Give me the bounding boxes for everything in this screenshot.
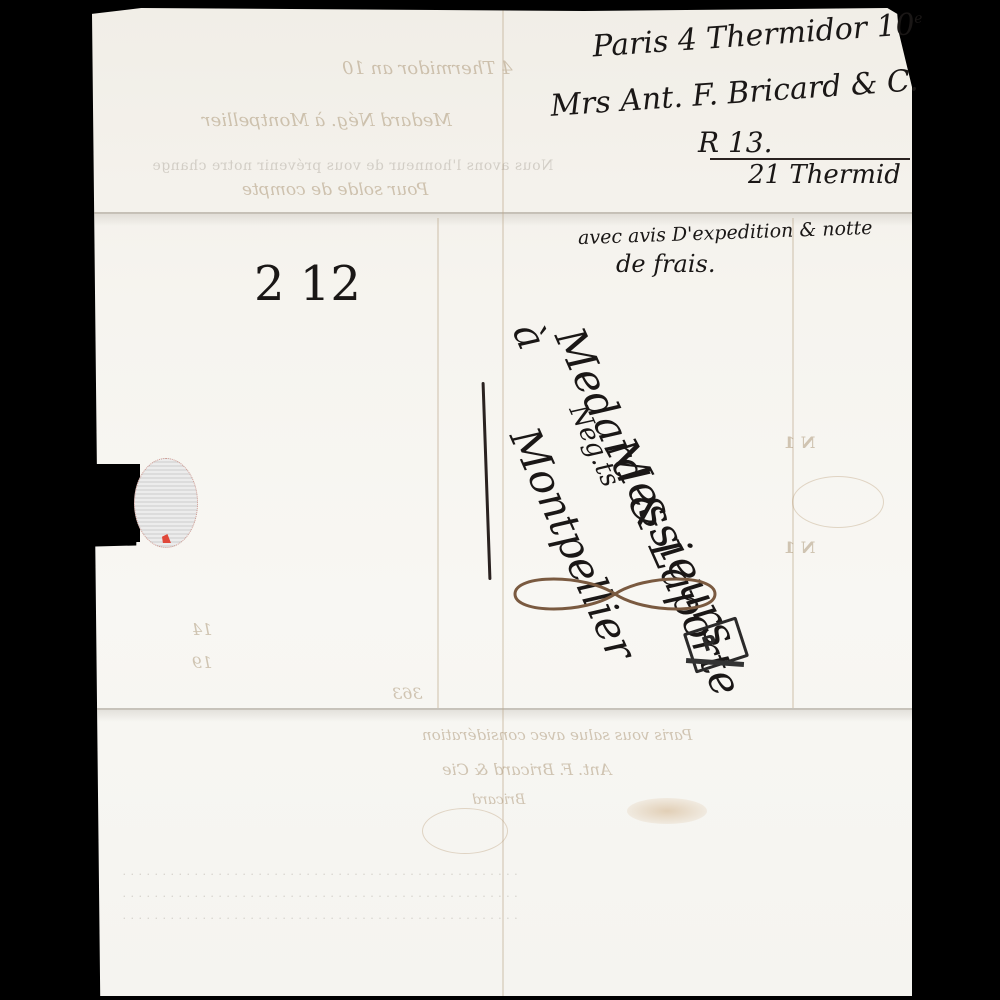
- postal-handstamp-letter: P: [699, 629, 720, 656]
- show-through-number: 14: [192, 620, 212, 639]
- show-through-text: Pour solde de compte: [242, 180, 428, 200]
- show-through-print: · · · · · · · · · · · · · · · · · · · · …: [122, 890, 518, 903]
- show-through-text: Bricard: [472, 792, 525, 808]
- docket-reference: R 13.: [698, 126, 773, 159]
- torn-seal-hole: [92, 464, 140, 542]
- show-through-print: · · · · · · · · · · · · · · · · · · · · …: [122, 868, 518, 881]
- show-through-text: Nous avons l'honneur de vous prévenir no…: [152, 158, 553, 174]
- show-through-text: Medard Nég. à Montpellier: [202, 110, 452, 131]
- reference-number: 2 12: [254, 256, 361, 312]
- show-through-text: 4 Thermidor an 10: [342, 58, 513, 79]
- fold-line: [437, 218, 439, 708]
- show-through-mark: N 1: [784, 433, 815, 452]
- seal-remnant: [134, 458, 198, 548]
- faint-postmark: [422, 808, 508, 854]
- paper-stain: [627, 798, 707, 824]
- show-through-text: Ant. F. Bricard & Cie: [442, 760, 611, 779]
- dispatch-note-cont: de frais.: [616, 250, 715, 278]
- docket-date-suffix: e: [914, 10, 923, 27]
- show-through-text: Paris vous salue avec considération: [422, 726, 692, 744]
- letter-sheet: 4 Thermidor an 10 Medard Nég. à Montpell…: [92, 8, 912, 996]
- show-through-print: · · · · · · · · · · · · · · · · · · · · …: [122, 912, 518, 925]
- fold-line: [792, 218, 794, 708]
- faint-postmark: [792, 476, 884, 528]
- show-through-number: 363: [392, 684, 423, 703]
- brown-ink-flourish: [505, 572, 725, 616]
- show-through-number: 19: [192, 653, 212, 672]
- fold-line: [502, 8, 504, 996]
- docket-received: 21 Thermid: [748, 160, 901, 190]
- show-through-mark: N 1: [784, 538, 815, 557]
